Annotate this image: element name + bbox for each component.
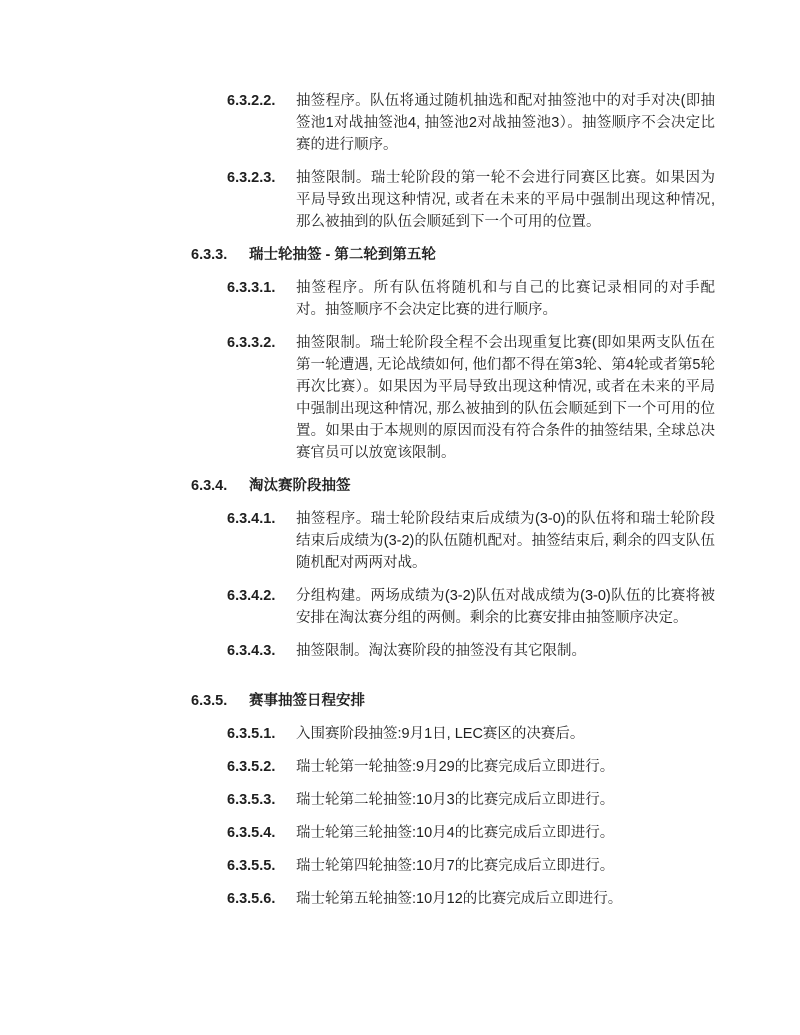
item-text: 瑞士轮第四轮抽签:10月7的比赛完成后立即进行。 xyxy=(296,855,715,877)
item-number: 6.3.3. xyxy=(191,244,249,266)
item-text: 抽签程序。瑞士轮阶段结束后成绩为(3-0)的队伍将和瑞士轮阶段结束后成绩为(3-… xyxy=(296,508,715,574)
item-text: 抽签程序。队伍将通过随机抽选和配对抽签池中的对手对决(即抽签池1对战抽签池4, … xyxy=(296,90,715,156)
list-item: 6.3.5.6. 瑞士轮第五轮抽签:10月12的比赛完成后立即进行。 xyxy=(0,888,800,910)
item-number: 6.3.3.2. xyxy=(227,332,296,354)
item-number: 6.3.4.3. xyxy=(227,640,296,662)
item-text: 瑞士轮第五轮抽签:10月12的比赛完成后立即进行。 xyxy=(296,888,715,910)
list-item: 6.3.3.1. 抽签程序。所有队伍将随机和与自己的比赛记录相同的对手配对。抽签… xyxy=(0,277,800,321)
item-text: 入围赛阶段抽签:9月1日, LEC赛区的决赛后。 xyxy=(296,723,715,745)
item-number: 6.3.3.1. xyxy=(227,277,296,299)
list-item: 6.3.5.2. 瑞士轮第一轮抽签:9月29的比赛完成后立即进行。 xyxy=(0,756,800,778)
item-number: 6.3.5.5. xyxy=(227,855,296,877)
item-text: 抽签程序。所有队伍将随机和与自己的比赛记录相同的对手配对。抽签顺序不会决定比赛的… xyxy=(296,277,715,321)
item-text: 抽签限制。淘汰赛阶段的抽签没有其它限制。 xyxy=(296,640,715,662)
list-item: 6.3.5.5. 瑞士轮第四轮抽签:10月7的比赛完成后立即进行。 xyxy=(0,855,800,877)
item-number: 6.3.5.1. xyxy=(227,723,296,745)
item-text: 淘汰赛阶段抽签 xyxy=(249,475,351,497)
list-item: 6.3.5.1. 入围赛阶段抽签:9月1日, LEC赛区的决赛后。 xyxy=(0,723,800,745)
item-number: 6.3.4.2. xyxy=(227,585,296,607)
section-heading: 6.3.4. 淘汰赛阶段抽签 xyxy=(0,475,800,497)
list-item: 6.3.4.2. 分组构建。两场成绩为(3-2)队伍对战成绩为(3-0)队伍的比… xyxy=(0,585,800,629)
item-number: 6.3.4. xyxy=(191,475,249,497)
item-number: 6.3.5.6. xyxy=(227,888,296,910)
item-number: 6.3.5.2. xyxy=(227,756,296,778)
section-heading: 6.3.5. 赛事抽签日程安排 xyxy=(0,690,800,712)
list-item: 6.3.3.2. 抽签限制。瑞士轮阶段全程不会出现重复比赛(即如果两支队伍在第一… xyxy=(0,332,800,464)
item-text: 瑞士轮抽签 - 第二轮到第五轮 xyxy=(249,244,436,266)
list-item: 6.3.5.3. 瑞士轮第二轮抽签:10月3的比赛完成后立即进行。 xyxy=(0,789,800,811)
item-number: 6.3.5.4. xyxy=(227,822,296,844)
item-text: 瑞士轮第三轮抽签:10月4的比赛完成后立即进行。 xyxy=(296,822,715,844)
document-page: 6.3.2.2. 抽签程序。队伍将通过随机抽选和配对抽签池中的对手对决(即抽签池… xyxy=(0,0,800,910)
item-number: 6.3.4.1. xyxy=(227,508,296,530)
section-heading: 6.3.3. 瑞士轮抽签 - 第二轮到第五轮 xyxy=(0,244,800,266)
item-number: 6.3.2.3. xyxy=(227,167,296,189)
list-item: 6.3.2.3. 抽签限制。瑞士轮阶段的第一轮不会进行同赛区比赛。如果因为平局导… xyxy=(0,167,800,233)
item-number: 6.3.5. xyxy=(191,690,249,712)
item-number: 6.3.5.3. xyxy=(227,789,296,811)
item-text: 赛事抽签日程安排 xyxy=(249,690,365,712)
list-item: 6.3.4.3. 抽签限制。淘汰赛阶段的抽签没有其它限制。 xyxy=(0,640,800,662)
list-item: 6.3.2.2. 抽签程序。队伍将通过随机抽选和配对抽签池中的对手对决(即抽签池… xyxy=(0,90,800,156)
list-item: 6.3.5.4. 瑞士轮第三轮抽签:10月4的比赛完成后立即进行。 xyxy=(0,822,800,844)
item-text: 抽签限制。瑞士轮阶段的第一轮不会进行同赛区比赛。如果因为平局导致出现这种情况, … xyxy=(296,167,715,233)
item-text: 瑞士轮第一轮抽签:9月29的比赛完成后立即进行。 xyxy=(296,756,715,778)
item-text: 分组构建。两场成绩为(3-2)队伍对战成绩为(3-0)队伍的比赛将被安排在淘汰赛… xyxy=(296,585,715,629)
item-number: 6.3.2.2. xyxy=(227,90,296,112)
list-item: 6.3.4.1. 抽签程序。瑞士轮阶段结束后成绩为(3-0)的队伍将和瑞士轮阶段… xyxy=(0,508,800,574)
item-text: 抽签限制。瑞士轮阶段全程不会出现重复比赛(即如果两支队伍在第一轮遭遇, 无论战绩… xyxy=(296,332,715,464)
item-text: 瑞士轮第二轮抽签:10月3的比赛完成后立即进行。 xyxy=(296,789,715,811)
